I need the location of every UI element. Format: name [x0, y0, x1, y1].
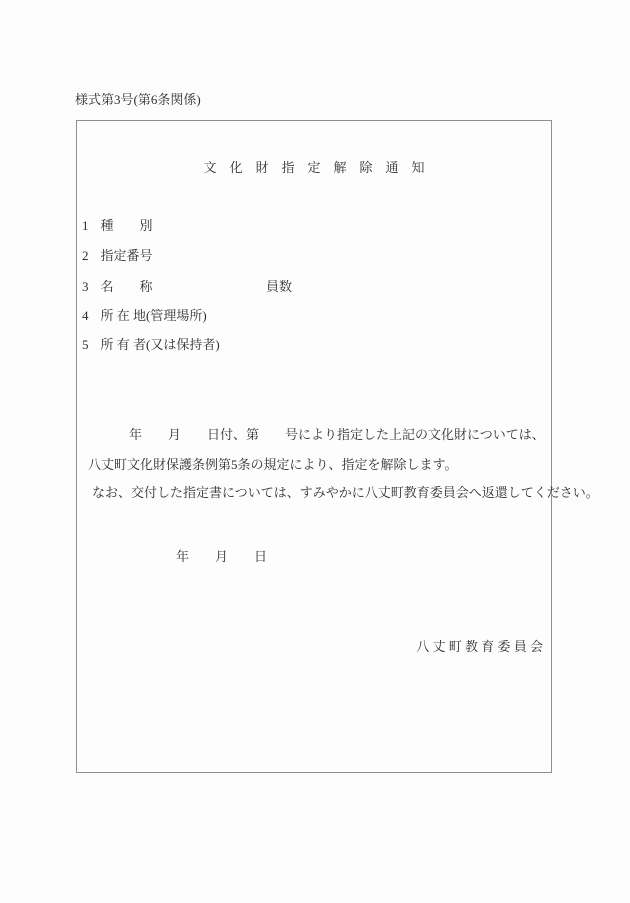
item-label: 所 在 地(管理場所) [101, 308, 207, 323]
item-label: 所 有 者(又は保持者) [101, 337, 220, 352]
item-row-type: 1種 別 [82, 218, 153, 234]
date-line: 年 月 日 [176, 549, 267, 565]
item-label: 種 別 [101, 218, 153, 233]
document-title: 文 化 財 指 定 解 除 通 知 [77, 160, 551, 176]
item-number: 5 [82, 337, 89, 352]
form-border-box: 文 化 財 指 定 解 除 通 知 1種 別 2指定番号 3名 称 員数 4所 … [76, 120, 552, 773]
body-paragraph-line-3: なお、交付した指定書については、すみやかに八丈町教育委員会へ返還してください。 [92, 485, 599, 501]
document-page: 様式第3号(第6条関係) 文 化 財 指 定 解 除 通 知 1種 別 2指定番… [0, 0, 630, 903]
item-row-designation-number: 2指定番号 [82, 248, 153, 264]
item-number: 1 [82, 218, 89, 233]
member-count-label: 員数 [266, 279, 292, 295]
item-row-owner: 5所 有 者(又は保持者) [82, 337, 220, 353]
item-number: 2 [82, 248, 89, 263]
item-row-name: 3名 称 [82, 279, 153, 295]
signature-board-of-education: 八 丈 町 教 育 委 員 会 [416, 639, 543, 655]
item-number: 4 [82, 308, 89, 323]
item-number: 3 [82, 279, 89, 294]
body-paragraph-line-1: 年 月 日付、第 号により指定した上記の文化財については、 [129, 427, 545, 443]
item-label: 名 称 [101, 279, 153, 294]
body-paragraph-line-2: 八丈町文化財保護条例第5条の規定により、指定を解除します。 [88, 457, 457, 473]
item-row-location: 4所 在 地(管理場所) [82, 308, 207, 324]
form-number-label: 様式第3号(第6条関係) [75, 92, 201, 108]
item-label: 指定番号 [101, 248, 153, 263]
